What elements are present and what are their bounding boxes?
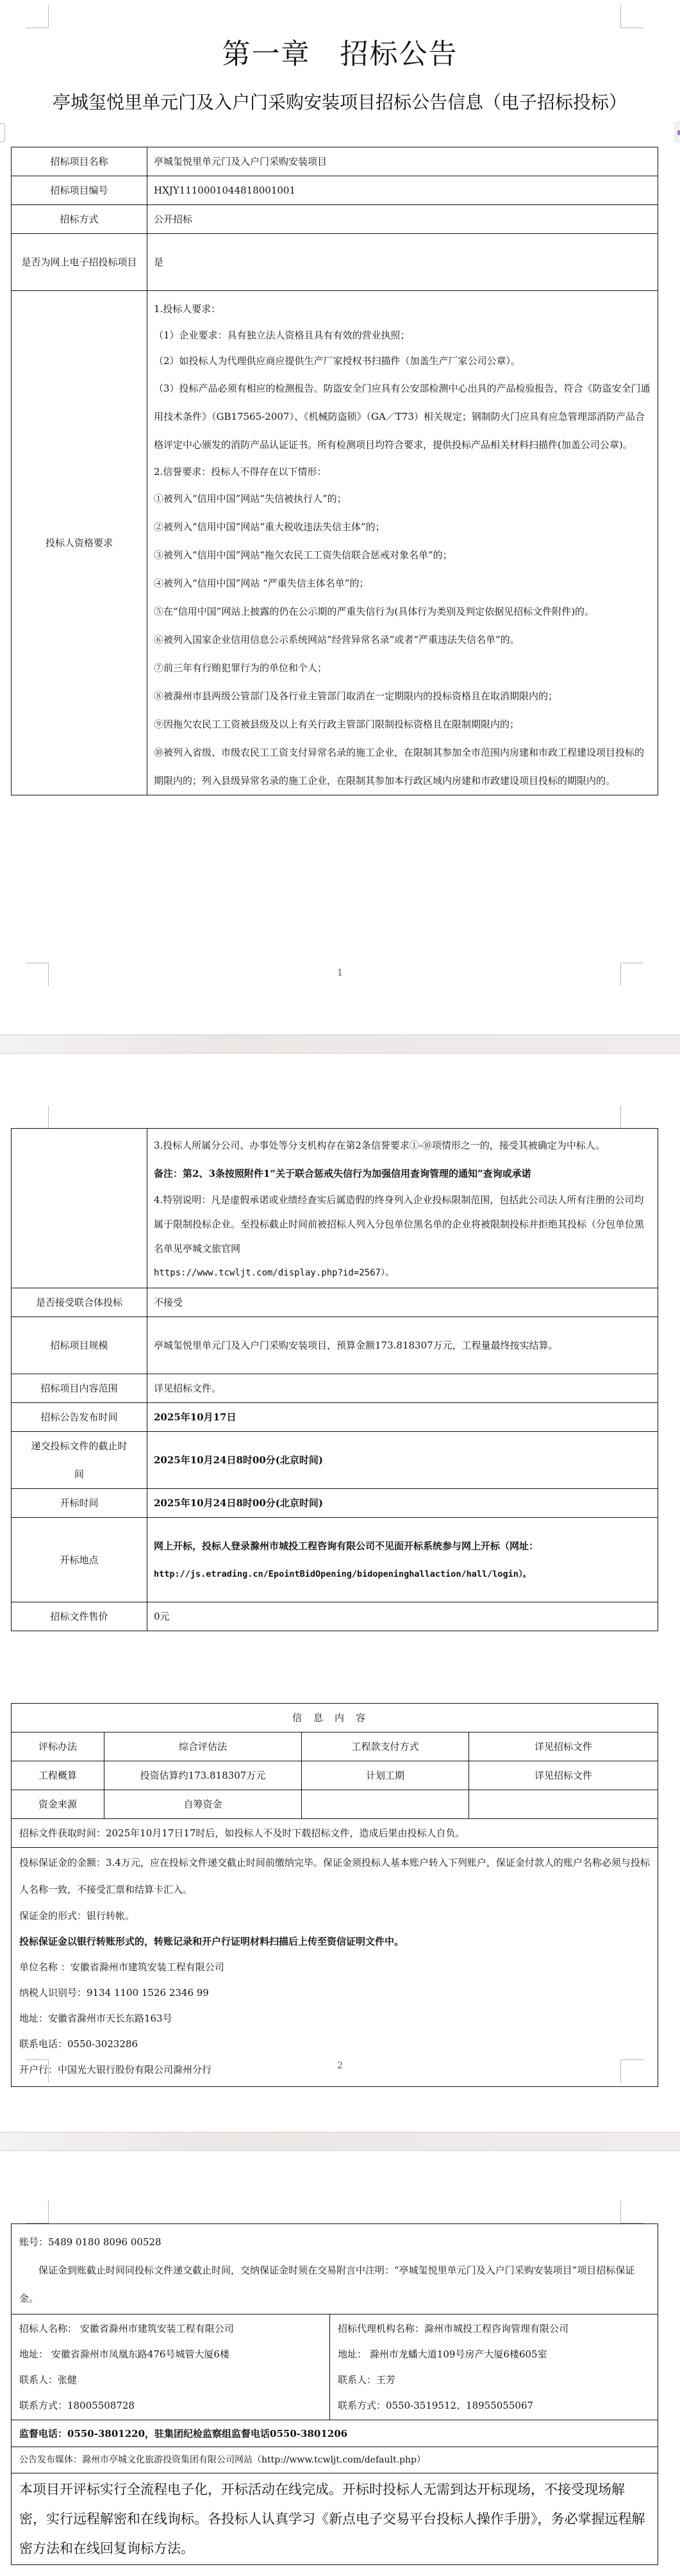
- assistant-widget-icon[interactable]: [675, 122, 680, 142]
- deposit-form: 保证金的形式：银行转帐。: [19, 1903, 650, 1929]
- tenderer-contact-person: 联系人：张健: [19, 2367, 322, 2393]
- deposit-account-row: 账号：5489 0180 8096 00528 保证金到账截止时间同投标文件递交…: [12, 2224, 658, 2314]
- grid-cell: 详见招标文件: [469, 1761, 658, 1790]
- table-row: 招标方式 公开招标: [12, 205, 658, 234]
- row-label: 招标公告发布时间: [12, 1403, 147, 1432]
- table-row-qualification-cont: 3.投标人所属分公司、办事处等分支机构存在第2条信誉要求①-⑩项情形之一的，接受…: [12, 1129, 658, 1288]
- row-label: 递交投标文件的截止时间: [12, 1432, 147, 1489]
- grid-cell: 资金来源: [12, 1790, 104, 1819]
- deposit-amount: 投标保证金的金额：3.4万元，应在投标文件递交截止时间前缴纳完毕。保证金须投标人…: [19, 1849, 650, 1903]
- grid-cell: 评标办法: [12, 1733, 104, 1761]
- table-row: 开标时间 2025年10月24日8时00分(北京时间): [12, 1489, 658, 1518]
- grid-cell: 详见招标文件: [469, 1733, 658, 1761]
- deposit-account: 账号：5489 0180 8096 00528: [19, 2228, 650, 2256]
- row-value: 0元: [147, 1602, 658, 1631]
- doc-acquire-text: 招标文件获取时间：2025年10月17日17时后，如投标人不及时下载招标文件，造…: [12, 1819, 658, 1848]
- deposit-upload-note: 投标保证金以银行转账形式的，转账记录和开户行证明材料扫描后上传至资信证明文件中。: [19, 1929, 650, 1954]
- opening-location: 网上开标，投标人登录滁州市城投工程咨询有限公司不见面开标系统参与网上开标（网址：…: [147, 1518, 658, 1602]
- contacts-row: 招标人名称： 安徽省滁州市建筑安装工程有限公司 地址： 安徽省滁州市凤凰东路47…: [12, 2314, 658, 2420]
- row-label: 是否为网上电子招投标项目: [12, 234, 147, 291]
- paragraph: ②被列入“信用中国”网站“重大税收违法失信主体”的；: [154, 513, 651, 541]
- grid-cell: 工程概算: [12, 1761, 104, 1790]
- bid-info-table-part1: 招标项目名称 亭城玺悦里单元门及入户门采购安装项目 招标项目编号 HXJY111…: [11, 147, 658, 795]
- paragraph: ⑨因拖欠农民工工资被县级及以上有关行政主管部门限制投标资格且在限制期限内的；: [154, 710, 651, 738]
- table-row: 递交投标文件的截止时间 2025年10月24日8时00分(北京时间): [12, 1432, 658, 1489]
- table-row: 是否接受联合体投标 不接受: [12, 1288, 658, 1317]
- paragraph: ④被列入“信用中国”网站 “严重失信主体名单”的；: [154, 569, 651, 597]
- table-row: 开标地点 网上开标，投标人登录滁州市城投工程咨询有限公司不见面开标系统参与网上开…: [12, 1518, 658, 1602]
- agency-contact: 招标代理机构名称：滁州市城投工程咨询管理有限公司 地址： 滁州市龙蟠大道109号…: [330, 2314, 658, 2420]
- margin-corner-mark: [26, 5, 49, 28]
- deposit-address: 地址：安徽省滁州市天长东路163号: [19, 2006, 650, 2031]
- margin-corner-mark: [620, 1106, 643, 1129]
- info-section-title: 信息内容: [12, 1704, 658, 1733]
- paragraph: （2）如投标人为代理供应商应提供生产厂家授权书扫描件（加盖生产厂家公司公章）。: [154, 348, 651, 374]
- page-number: 1: [0, 968, 680, 978]
- bid-info-table-part2: 3.投标人所属分公司、办事处等分支机构存在第2条信誉要求①-⑩项情形之一的，接受…: [11, 1128, 658, 1631]
- row-label: 开标时间: [12, 1489, 147, 1518]
- submission-deadline: 2025年10月24日8时00分(北京时间): [147, 1432, 658, 1489]
- page-1: 第一章 招标公告 亭城玺悦里单元门及入户门采购安装项目招标公告信息（电子招标投标…: [0, 0, 680, 1035]
- row-label: 招标文件售价: [12, 1602, 147, 1631]
- page-2: 3.投标人所属分公司、办事处等分支机构存在第2条信誉要求①-⑩项情形之一的，接受…: [0, 1054, 680, 2131]
- grid-cell: 计划工期: [302, 1761, 469, 1790]
- margin-corner-mark: [26, 2200, 49, 2223]
- deposit-account-cell: 账号：5489 0180 8096 00528 保证金到账截止时间同投标文件递交…: [12, 2224, 658, 2314]
- table-row: 招标项目名称 亭城玺悦里单元门及入户门采购安装项目: [12, 147, 658, 176]
- table-row: 招标文件售价 0元: [12, 1602, 658, 1631]
- deposit-deadline-note: 保证金到账截止时间同投标文件递交截止时间，交纳保证金时须在交易附言中注明：“亭城…: [19, 2256, 650, 2313]
- note-paragraph: 备注：第2、3条按照附件1“关于联合惩戒失信行为加强信用查询管理的通知”查询或承…: [154, 1159, 651, 1188]
- paragraph: ⑦前三年有行贿犯罪行为的单位和个人；: [154, 654, 651, 682]
- paragraph: ⑧被滁州市县两级公管部门及各行业主管部门取消在一定期限内的投标资格且在取消期限内…: [154, 682, 651, 710]
- row-label: 招标项目规模: [12, 1317, 147, 1374]
- deposit-row: 投标保证金的金额：3.4万元，应在投标文件递交截止时间前缴纳完毕。保证金须投标人…: [12, 1848, 658, 2087]
- deposit-unit-name: 单位名称 ：安徽省滁州市建筑安装工程有限公司: [19, 1954, 650, 1980]
- doc-acquire-row: 招标文件获取时间：2025年10月17日17时后，如投标人不及时下载招标文件，造…: [12, 1819, 658, 1848]
- opening-location-text: 网上开标，投标人登录滁州市城投工程咨询有限公司不见面开标系统参与网上开标（网址：: [154, 1532, 651, 1560]
- grid-cell: 综合评估法: [104, 1733, 302, 1761]
- row-label: 开标地点: [12, 1518, 147, 1602]
- row-label: 招标方式: [12, 205, 147, 234]
- publish-media: 公告发布媒体：滁州市亭城文化旅游投资集团有限公司网站（http://www.tc…: [12, 2447, 658, 2473]
- row-value: 是: [147, 234, 658, 291]
- paragraph: 4.特别说明：凡是虚假承诺或业绩经查实后属造假的终身列入企业投标限制范围，包括此…: [154, 1188, 651, 1261]
- closing-row: 本项目开评标实行全流程电子化，开标活动在线完成。开标时投标人无需到达开标现场，不…: [12, 2473, 658, 2565]
- row-label-empty: [12, 1129, 147, 1288]
- grid-cell: [302, 1790, 469, 1819]
- qualification-content-cont: 3.投标人所属分公司、办事处等分支机构存在第2条信誉要求①-⑩项情形之一的，接受…: [147, 1129, 658, 1288]
- info-header-row: 信息内容: [12, 1704, 658, 1733]
- tenderer-address: 地址： 安徽省滁州市凤凰东路476号城管大厦6楼: [19, 2341, 322, 2367]
- table-row: 招标公告发布时间 2025年10月17日: [12, 1403, 658, 1432]
- info-grid-row: 工程概算 投资估算约173.818307万元 计划工期 详见招标文件: [12, 1761, 658, 1790]
- row-label: 招标项目编号: [12, 176, 147, 205]
- row-value: 不接受: [147, 1288, 658, 1317]
- table-row: 招标项目编号 HXJY1110001044818001001: [12, 176, 658, 205]
- row-value: 亭城玺悦里单元门及入户门采购安装项目: [147, 147, 658, 176]
- margin-corner-mark: [620, 2200, 643, 2223]
- paragraph: ⑩被列入省级、市级农民工工资支付异常名录的施工企业，在限制其参加全市范围内房建和…: [154, 738, 651, 795]
- info-grid-row: 资金来源 自筹资金: [12, 1790, 658, 1819]
- tenderer-phone: 联系方式：18005508728: [19, 2393, 322, 2418]
- paragraph: 3.投标人所属分公司、办事处等分支机构存在第2条信誉要求①-⑩项情形之一的，接受…: [154, 1131, 651, 1159]
- deposit-details: 投标保证金的金额：3.4万元，应在投标文件递交截止时间前缴纳完毕。保证金须投标人…: [12, 1848, 658, 2087]
- deposit-tax-id: 纳税人识别号：9134 1100 1526 2346 99: [19, 1980, 650, 2006]
- tenderer-name: 招标人名称： 安徽省滁州市建筑安装工程有限公司: [19, 2316, 322, 2341]
- bid-info-table-part3: 账号：5489 0180 8096 00528 保证金到账截止时间同投标文件递交…: [11, 2223, 658, 2565]
- media-row: 公告发布媒体：滁州市亭城文化旅游投资集团有限公司网站（http://www.tc…: [12, 2447, 658, 2473]
- paragraph: ③被列入“信用中国”网站“拖欠农民工工资失信联合惩戒对象名单”的；: [154, 541, 651, 569]
- row-label: 招标项目名称: [12, 147, 147, 176]
- grid-cell: 工程款支付方式: [302, 1733, 469, 1761]
- row-label: 是否接受联合体投标: [12, 1288, 147, 1317]
- row-value: 公开招标: [147, 205, 658, 234]
- margin-corner-mark: [620, 5, 643, 28]
- info-content-table: 信息内容 评标办法 综合评估法 工程款支付方式 详见招标文件 工程概算 投资估算…: [11, 1703, 658, 2087]
- table-row: 招标项目规模 亭城玺悦里单元门及入户门采购安装项目，预算金额173.818307…: [12, 1317, 658, 1374]
- table-row-qualification: 投标人资格要求 1.投标人要求： （1）企业要求：具有独立法人资格且具有有效的营…: [12, 291, 658, 795]
- paragraph: ⑥被列入国家企业信用信息公示系统网站“经营异常名录”或者“严重违法失信名单”的。: [154, 626, 651, 654]
- blacklist-link[interactable]: https://www.tcwljt.com/display.php?id=25…: [154, 1261, 651, 1285]
- grid-cell: [469, 1790, 658, 1819]
- opening-time: 2025年10月24日8时00分(北京时间): [147, 1489, 658, 1518]
- page-separator: [0, 1035, 680, 1054]
- row-value: 亭城玺悦里单元门及入户门采购安装项目，预算金额173.818307万元，工程量最…: [147, 1317, 658, 1374]
- document-title: 亭城玺悦里单元门及入户门采购安装项目招标公告信息（电子招标投标）: [45, 87, 634, 118]
- chapter-title: 第一章 招标公告: [0, 31, 680, 72]
- page-number: 2: [0, 2061, 680, 2071]
- supervision-row: 监督电话：0550-3801220，驻集团纪检监察组监督电话0550-38012…: [12, 2420, 658, 2447]
- paragraph: （1）企业要求：具有独立法人资格且具有有效的营业执照；: [154, 322, 651, 349]
- info-grid-row: 评标办法 综合评估法 工程款支付方式 详见招标文件: [12, 1733, 658, 1761]
- supervision-phone: 监督电话：0550-3801220，驻集团纪检监察组监督电话0550-38012…: [12, 2420, 658, 2447]
- row-value: 详见招标文件。: [147, 1374, 658, 1403]
- publish-date: 2025年10月17日: [147, 1403, 658, 1432]
- opening-system-link[interactable]: http://js.etrading.cn/EpointBidOpening/b…: [154, 1560, 651, 1588]
- row-label: 招标项目内容范围: [12, 1374, 147, 1403]
- page-3: 账号：5489 0180 8096 00528 保证金到账截止时间同投标文件递交…: [0, 2152, 680, 2576]
- row-label: 投标人资格要求: [12, 291, 147, 795]
- closing-statement: 本项目开评标实行全流程电子化，开标活动在线完成。开标时投标人无需到达开标现场，不…: [12, 2473, 658, 2565]
- table-row: 是否为网上电子招投标项目 是: [12, 234, 658, 291]
- grid-cell: 自筹资金: [104, 1790, 302, 1819]
- agency-phone: 联系方式：0550-3519512、18955055067: [338, 2393, 650, 2418]
- paragraph: ⑤在“信用中国”网站上披露的仍在公示期的严重失信行为(具体行为类别及判定依据见招…: [154, 597, 651, 626]
- tenderer-contact: 招标人名称： 安徽省滁州市建筑安装工程有限公司 地址： 安徽省滁州市凤凰东路47…: [12, 2314, 330, 2420]
- margin-corner-mark: [26, 1106, 49, 1129]
- paragraph: ①被列入“信用中国”网站“失信被执行人”的；: [154, 485, 651, 513]
- paragraph: 2.信誉要求：投标人不得存在以下情形：: [154, 459, 651, 485]
- side-panel-toggle[interactable]: [0, 123, 5, 142]
- grid-cell: 投资估算约173.818307万元: [104, 1761, 302, 1790]
- qualification-content: 1.投标人要求： （1）企业要求：具有独立法人资格且具有有效的营业执照； （2）…: [147, 291, 658, 795]
- agency-contact-person: 联系人：王芳: [338, 2367, 650, 2393]
- page-separator: [0, 2132, 680, 2151]
- agency-name: 招标代理机构名称：滁州市城投工程咨询管理有限公司: [338, 2316, 650, 2341]
- agency-address: 地址： 滁州市龙蟠大道109号房产大厦6楼605室: [338, 2341, 650, 2367]
- row-value: HXJY1110001044818001001: [147, 176, 658, 205]
- table-row: 招标项目内容范围 详见招标文件。: [12, 1374, 658, 1403]
- paragraph: 1.投标人要求：: [154, 296, 651, 322]
- deposit-phone: 联系电话：0550-3023286: [19, 2031, 650, 2057]
- paragraph: （3）投标产品必须有相应的检测报告。防盗安全门应具有公安部检测中心出具的产品检验…: [154, 374, 651, 459]
